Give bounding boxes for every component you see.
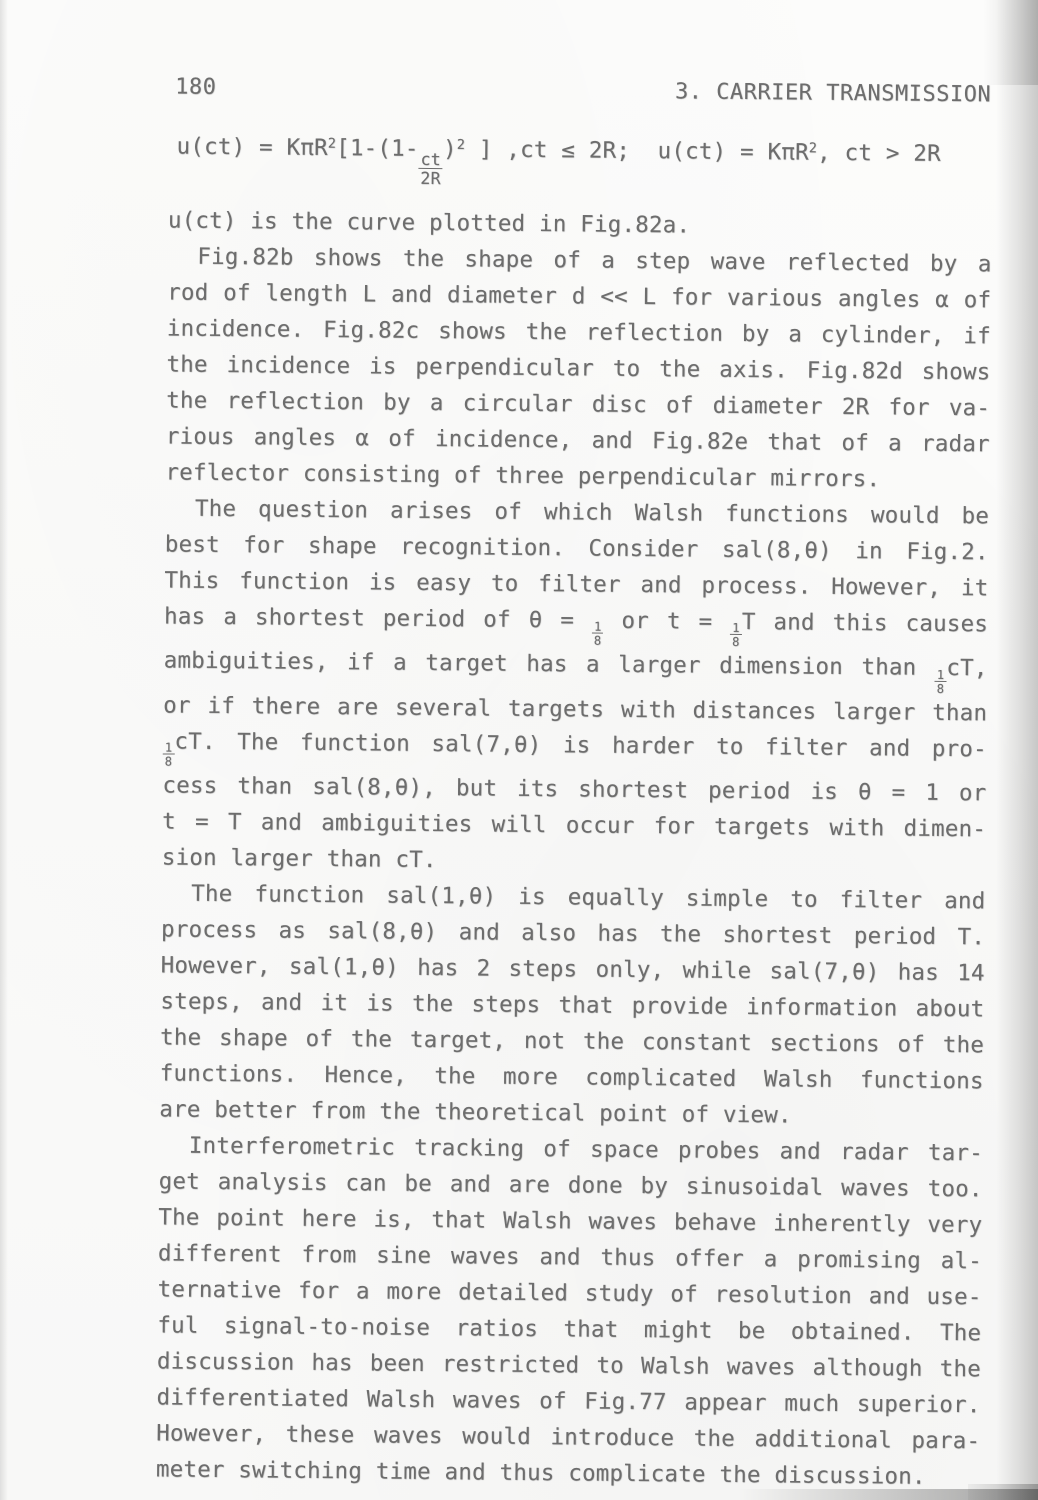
- page-content: 180 3. CARRIER TRANSMISSION u(ct) = KπR2…: [0, 0, 1038, 1496]
- paragraph: Fig.82b shows the shape of a step wave r…: [165, 239, 991, 499]
- fraction-numerator: 1: [163, 741, 175, 753]
- running-head: 180 3. CARRIER TRANSMISSION: [0, 0, 1038, 108]
- text-line: has a shortest period of θ = 18 or t = 1…: [164, 599, 988, 651]
- page-number: 180: [175, 75, 216, 100]
- fraction-denominator: 8: [935, 681, 947, 695]
- chapter-header: 3. CARRIER TRANSMISSION: [675, 79, 991, 107]
- fraction-numerator: ct: [418, 151, 443, 168]
- superscript: 2: [809, 140, 817, 156]
- stacked-fraction: 18: [592, 621, 604, 647]
- superscript: 2: [457, 137, 465, 153]
- display-equation: u(ct) = KπR2[1-(1-ct2R)2 ] ,ct ≤ 2R; u(c…: [176, 134, 1000, 193]
- paragraph: The function sal(1,θ) is equally simple …: [159, 876, 985, 1136]
- paragraph: Interferometric tracking of space probes…: [156, 1128, 983, 1496]
- scan-gutter-shadow: [996, 0, 1038, 1500]
- stacked-fraction: ct2R: [418, 151, 443, 187]
- scan-gutter-shadow-top: [983, 0, 1038, 85]
- scan-edge-left: [0, 0, 8, 1500]
- fraction-denominator: 8: [163, 753, 175, 767]
- stacked-fraction: 18: [730, 622, 742, 648]
- fraction-denominator: 2R: [418, 168, 443, 187]
- superscript: 2: [328, 136, 336, 152]
- scanned-book-page: 180 3. CARRIER TRANSMISSION u(ct) = KπR2…: [0, 0, 1038, 1500]
- paragraph: The question arises of which Walsh funct…: [162, 491, 990, 884]
- fraction-numerator: 1: [592, 621, 604, 633]
- stacked-fraction: 18: [935, 668, 947, 694]
- fraction-denominator: 8: [592, 633, 604, 647]
- text-line: 18cT. The function sal(7,θ) is harder to…: [163, 723, 987, 775]
- text-line: ambiguities, if a target has a larger di…: [163, 643, 987, 695]
- fraction-numerator: 1: [935, 668, 947, 680]
- fraction-numerator: 1: [730, 622, 742, 634]
- body-text: u(ct) is the curve plotted in Fig.82a.Fi…: [156, 203, 992, 1496]
- scan-corner-bottom-right: [968, 1484, 1038, 1500]
- fraction-denominator: 8: [730, 634, 742, 648]
- stacked-fraction: 18: [163, 741, 175, 767]
